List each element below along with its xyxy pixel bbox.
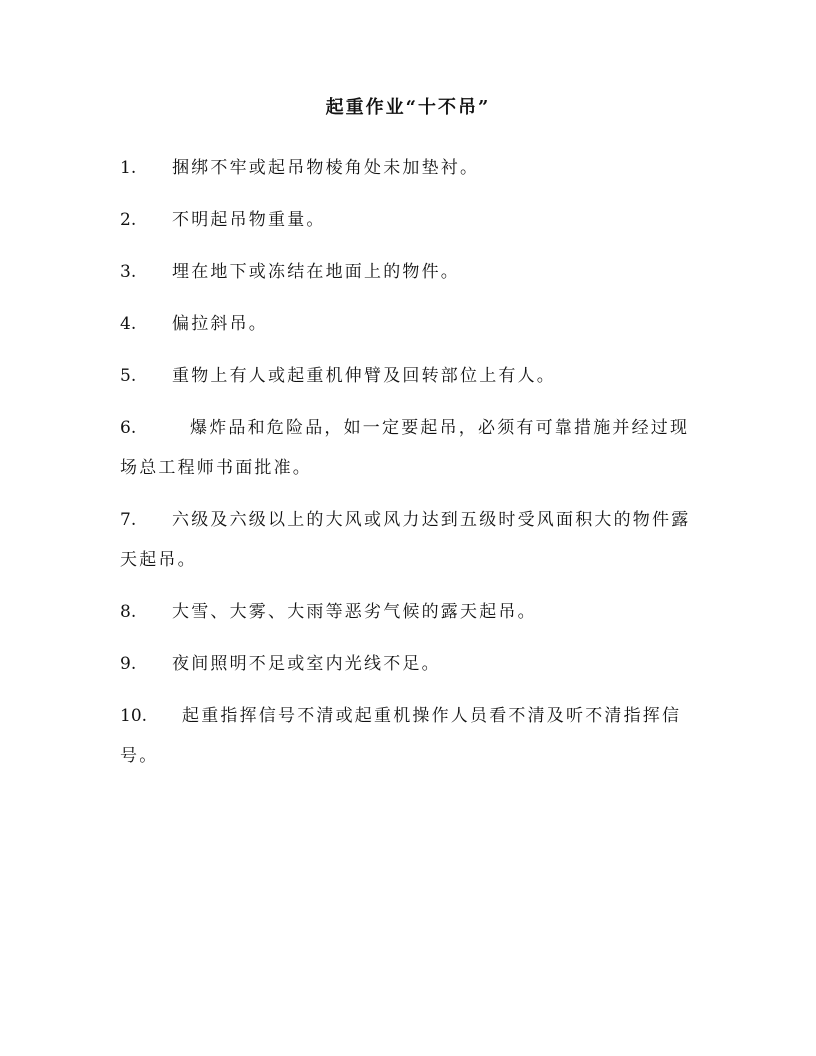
item-text: 六级及六级以上的大风或风力达到五级时受风面积大的物件露天起吊。 [120,510,690,570]
item-text: 埋在地下或冻结在地面上的物件。 [172,262,460,282]
list-item: 2.不明起吊物重量。 [120,200,696,240]
item-number: 10. [120,696,182,736]
item-number: 3. [120,252,172,292]
item-number: 5. [120,356,172,396]
item-number: 1. [120,148,172,188]
item-text: 捆绑不牢或起吊物棱角处未加垫衬。 [172,158,479,178]
item-text: 大雪、大雾、大雨等恶劣气候的露天起吊。 [172,602,537,622]
item-number: 7. [120,500,172,540]
list-item: 5.重物上有人或起重机伸臂及回转部位上有人。 [120,356,696,396]
document-page: 起重作业“十不吊” 1.捆绑不牢或起吊物棱角处未加垫衬。 2.不明起吊物重量。 … [0,0,816,1056]
list-item: 7.六级及六级以上的大风或风力达到五级时受风面积大的物件露天起吊。 [120,500,696,580]
list-item: 10.起重指挥信号不清或起重机操作人员看不清及听不清指挥信号。 [120,696,696,776]
item-text: 重物上有人或起重机伸臂及回转部位上有人。 [172,366,556,386]
list-item: 4.偏拉斜吊。 [120,304,696,344]
item-text: 爆炸品和危险品，如一定要起吊，必须有可靠措施并经过现场总工程师书面批准。 [120,418,689,478]
item-number: 6. [120,408,190,448]
item-number: 9. [120,644,172,684]
item-text: 夜间照明不足或室内光线不足。 [172,654,441,674]
item-text: 起重指挥信号不清或起重机操作人员看不清及听不清指挥信号。 [120,706,681,766]
item-text: 偏拉斜吊。 [172,314,268,334]
list-item: 6.爆炸品和危险品，如一定要起吊，必须有可靠措施并经过现场总工程师书面批准。 [120,408,696,488]
list-item: 1.捆绑不牢或起吊物棱角处未加垫衬。 [120,148,696,188]
document-title: 起重作业“十不吊” [0,96,816,120]
item-text: 不明起吊物重量。 [172,210,326,230]
list-item: 3.埋在地下或冻结在地面上的物件。 [120,252,696,292]
item-number: 2. [120,200,172,240]
list-item: 8.大雪、大雾、大雨等恶劣气候的露天起吊。 [120,592,696,632]
list-item: 9.夜间照明不足或室内光线不足。 [120,644,696,684]
item-number: 4. [120,304,172,344]
item-number: 8. [120,592,172,632]
rules-list: 1.捆绑不牢或起吊物棱角处未加垫衬。 2.不明起吊物重量。 3.埋在地下或冻结在… [120,148,696,788]
